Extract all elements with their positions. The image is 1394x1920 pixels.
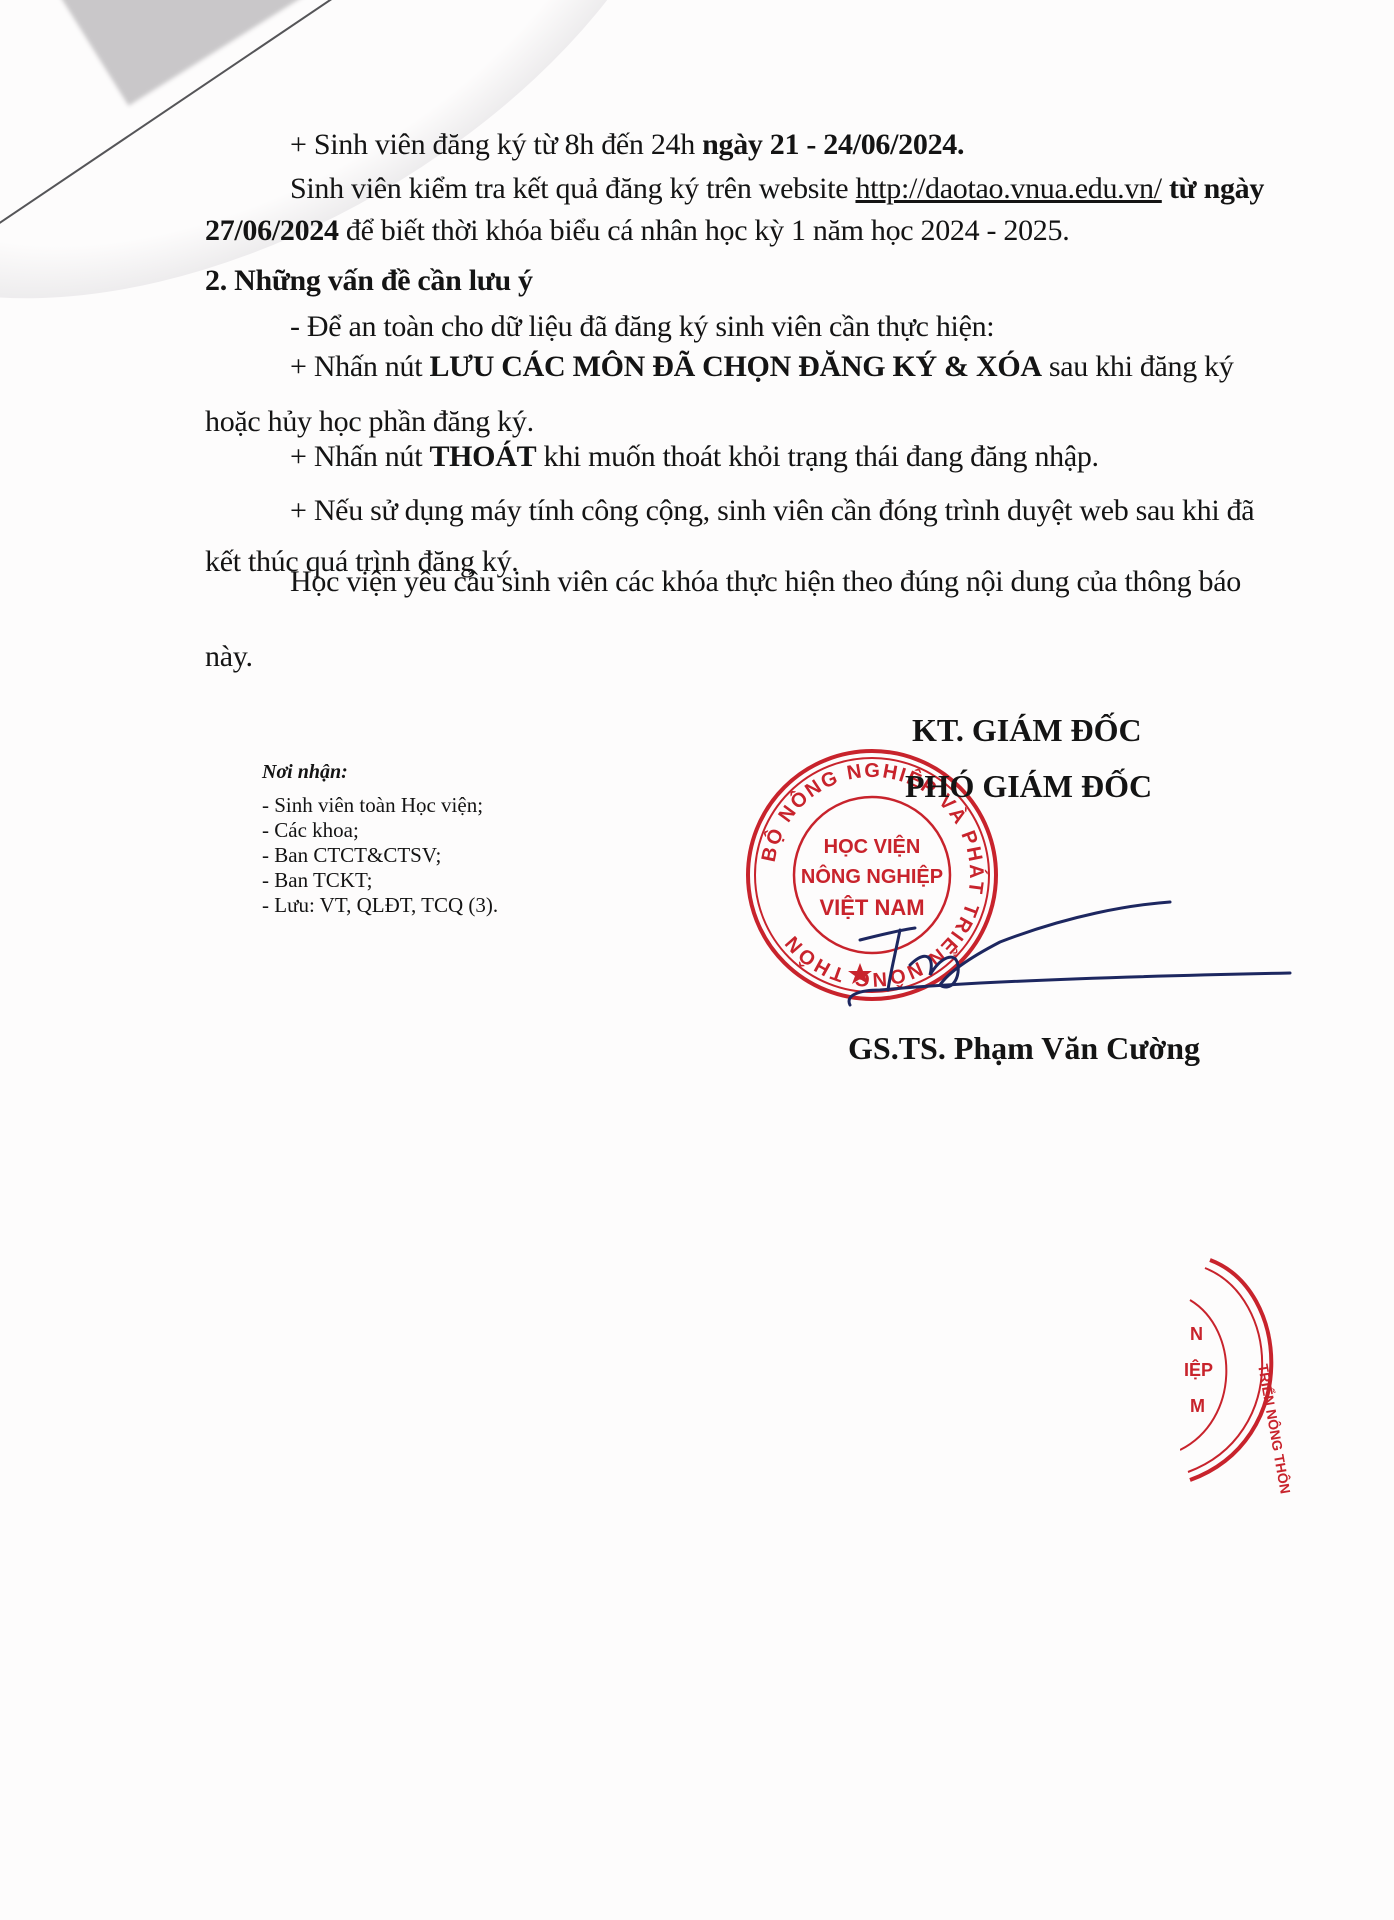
recipient-item: - Sinh viên toàn Học viện; [262,793,498,818]
signer-name: GS.TS. Phạm Văn Cường [848,1030,1200,1067]
recipient-item: - Ban CTCT&CTSV; [262,843,498,868]
partial-stamp: N IỆP M TRIỂN NÔNG THÔN [1180,1240,1360,1500]
logout-instruction: + Nhấn nút THOÁT khi muốn thoát khỏi trạ… [290,440,1099,474]
signature-title-1: KT. GIÁM ĐỐC [912,712,1142,749]
recipients-title: Nơi nhận: [262,760,498,785]
partial-stamp-fragment: IỆP [1184,1359,1213,1380]
safety-intro: - Để an toàn cho dữ liệu đã đăng ký sinh… [290,310,994,344]
save-instruction-cont: hoặc hủy học phần đăng ký. [205,405,534,439]
partial-stamp-ring-text: TRIỂN NÔNG THÔN [1255,1363,1295,1495]
recipients-block: Nơi nhận: - Sinh viên toàn Học viện; - C… [262,760,498,918]
recipient-item: - Các khoa; [262,818,498,843]
partial-stamp-fragment: M [1190,1396,1205,1416]
website-link[interactable]: http://daotao.vnua.edu.vn/ [855,172,1161,205]
registration-time-line: + Sinh viên đăng ký từ 8h đến 24h ngày 2… [290,128,964,162]
check-result-line-cont: 27/06/2024 để biết thời khóa biểu cá nhâ… [205,214,1069,248]
check-result-line: Sinh viên kiểm tra kết quả đăng ký trên … [290,172,1264,206]
closing-request-cont: này. [205,640,253,674]
closing-request: Học viện yêu cầu sinh viên các khóa thực… [290,565,1241,599]
public-computer-instruction: + Nếu sử dụng máy tính công cộng, sinh v… [290,494,1254,528]
recipient-item: - Ban TCKT; [262,868,498,893]
partial-stamp-fragment: N [1190,1324,1203,1344]
recipient-item: - Lưu: VT, QLĐT, TCQ (3). [262,893,498,918]
save-instruction: + Nhấn nút LƯU CÁC MÔN ĐÃ CHỌN ĐĂNG KÝ &… [290,350,1234,384]
stamp-inner-line: HỌC VIỆN [824,834,921,858]
section-heading: 2. Những vấn đề cần lưu ý [205,264,533,298]
signature-title-2: PHÓ GIÁM ĐỐC [905,768,1152,805]
